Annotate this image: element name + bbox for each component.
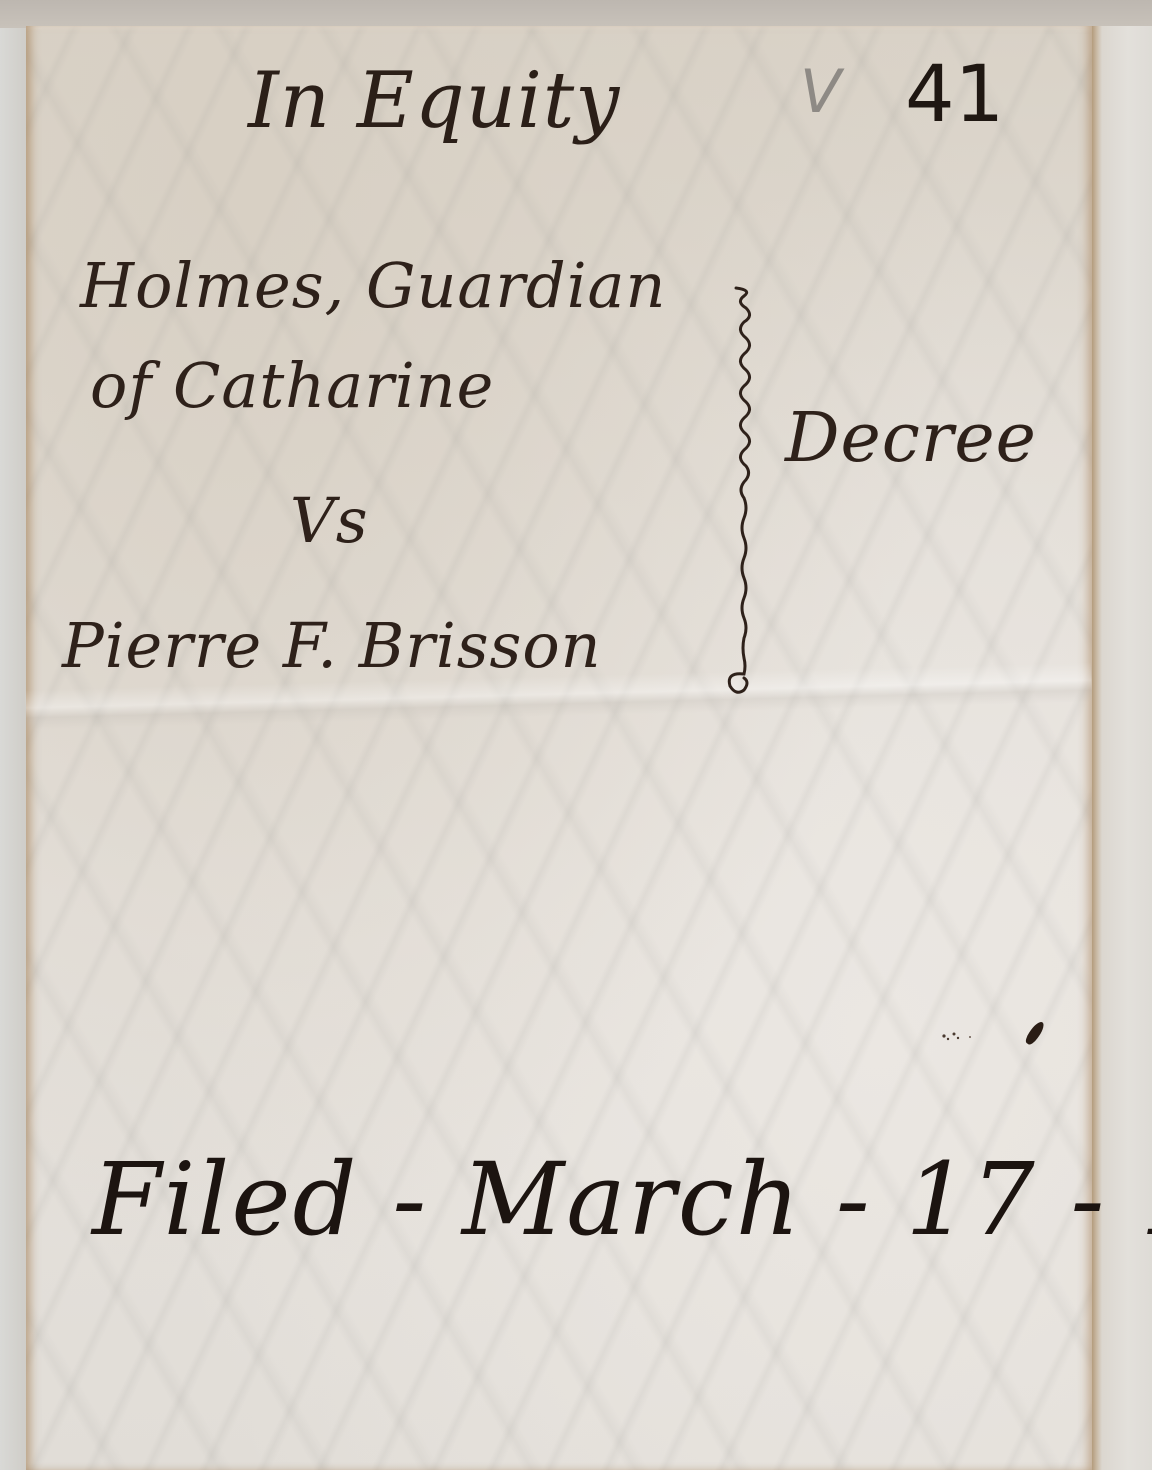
adjacent-sheet-left xyxy=(0,28,26,1470)
defendant-name: Pierre F. Brisson xyxy=(62,615,602,677)
versus-label: Vs xyxy=(290,490,369,552)
document-type: Decree xyxy=(785,405,1037,473)
docket-number: 41 xyxy=(905,56,1004,134)
plaintiff-line-1: Holmes, Guardian xyxy=(80,255,666,317)
wavy-bracket-icon xyxy=(722,282,772,702)
plaintiff-line-2: of Catharine xyxy=(90,355,494,417)
ink-specks xyxy=(940,1026,980,1046)
court-heading: In Equity xyxy=(248,62,620,140)
pencil-check-mark: V xyxy=(800,62,842,122)
filing-date: Filed - March - 17 - 1821. xyxy=(92,1150,1152,1250)
backdrop-surface xyxy=(0,0,1152,28)
